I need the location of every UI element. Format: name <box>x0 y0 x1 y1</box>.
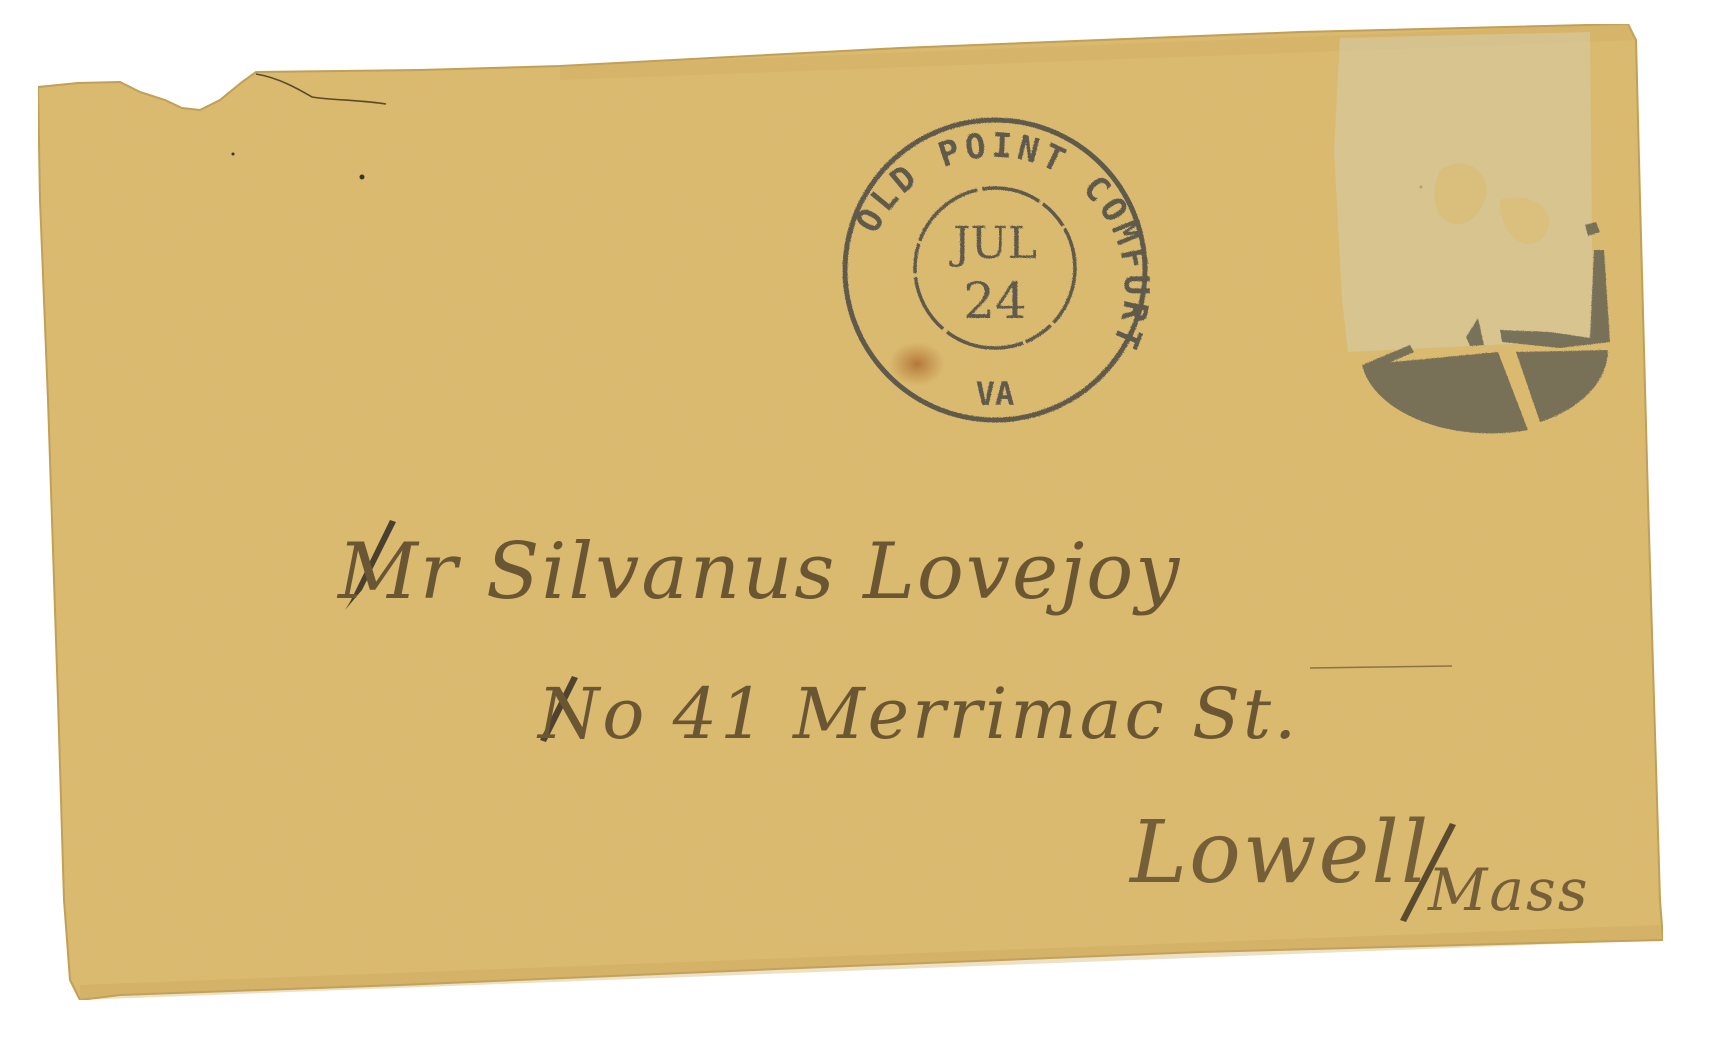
scanned-envelope-page: OLD POINT COMFURT VA JUL 24 Mr Silvanus … <box>0 0 1710 1038</box>
address-line-2: No 41 Merrimac St. <box>536 673 1299 755</box>
address-line-3: Lowell <box>1128 803 1430 903</box>
postmark-state: VA <box>976 375 1015 413</box>
postmark-day: 24 <box>963 272 1027 330</box>
envelope-scan: OLD POINT COMFURT VA JUL 24 Mr Silvanus … <box>0 0 1710 1038</box>
address-line-1: Mr Silvanus Lovejoy <box>336 527 1181 617</box>
rust-stain <box>889 342 945 386</box>
postmark-month: JUL <box>949 218 1037 269</box>
removed-stamp-area <box>1334 32 1594 352</box>
address-line-4: Mass <box>1427 856 1590 924</box>
